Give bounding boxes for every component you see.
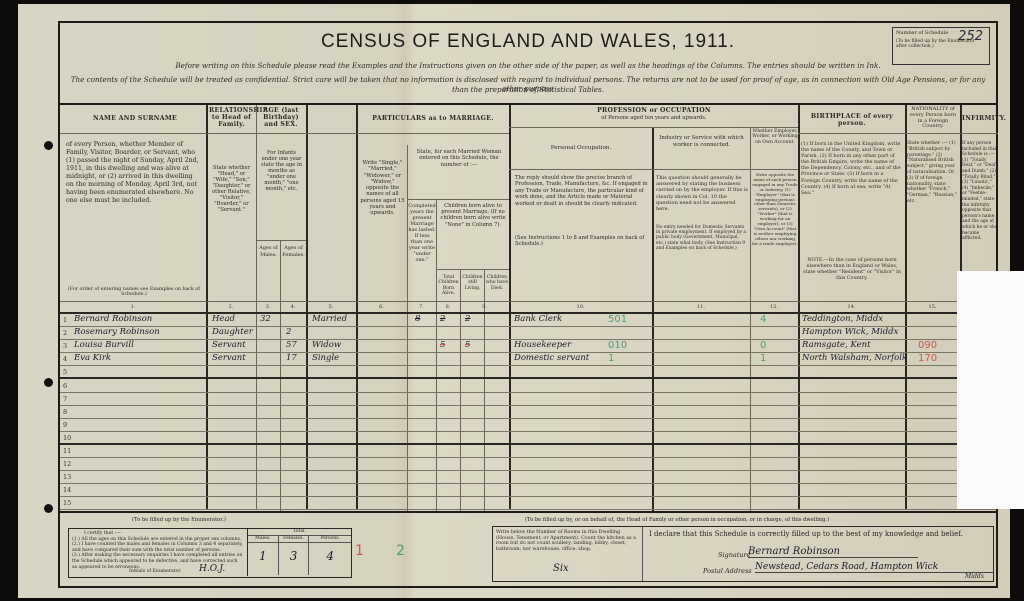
col-number: 7. [407,304,436,310]
cell-employer: 0 [760,340,766,351]
cell-nat-code: 170 [918,353,937,364]
col-header-birthplace: BIRTHPLACE of every person. [800,113,904,127]
col-header-years-married: Completed years the present Marriage has… [408,203,436,263]
col-desc-age: For Infants under one year state the age… [259,150,304,192]
row-number: 1 [63,316,67,324]
total-persons: Persons.4 [309,536,351,575]
postal-address: Newstead, Cedars Road, Hampton Wick [755,562,993,573]
col-desc-relationship: State whether "Head," or "Wife," "Son," … [209,165,254,213]
cell-occ-code: 501 [608,314,627,325]
col-header-marriage: PARTICULARS as to MARRIAGE. [358,115,508,122]
col-number: 1. [60,304,206,310]
table-row: 15 [60,497,996,510]
cell-occ-code: 010 [608,340,627,351]
cell-birthplace: North Walsham, Norfolk [802,353,907,363]
col-header-industry: Industry or Service with which worker is… [654,135,749,149]
col-subheader-occupation: of Persons aged ten years and upwards. [511,115,797,122]
enumerator-heading: (To be filled up by the Enumerator.) [132,517,226,523]
instruction-line: Before writing on this Schedule please r… [60,61,996,70]
cell-name: Louisa Burvill [74,340,134,350]
row-number: 2 [63,329,67,337]
schedule-number-box: Number of Schedule (To be filled up by t… [892,27,990,65]
col-header-still-living: Children still Living. [461,275,484,291]
col-desc-married-woman: State, for each Married Woman entered on… [410,149,508,168]
col-note-personal-occupation: (See Instructions 1 to 8 and Examples on… [515,235,649,247]
col-number: 10. [509,304,652,310]
col-header-age-females: Ages of Females. [281,245,306,259]
col-note-name: (For order of entering names see Example… [66,287,202,297]
col-number: 3. [256,304,280,310]
cell-name: Rosemary Robinson [74,327,160,337]
table-row: 8 [60,406,996,419]
col-desc-industry: This question should generally be answer… [656,175,748,212]
table-row: 3Louisa BurvillServant57Widow55Housekeep… [60,340,996,353]
cell-age-f: 57 [286,340,297,350]
cell-born-alive: 5 [440,340,445,350]
postal-address-line2: Middx [965,573,984,580]
cell-condition: Married [312,314,347,324]
cell-living: 2 [465,314,470,324]
table-row: 11 [60,445,996,458]
col-desc-condition: Write "Single," "Married," "Widower," or… [359,160,406,217]
row-number: 14 [63,486,71,494]
table-row: 10 [60,432,996,445]
col-header-occupation: PROFESSION or OCCUPATION [511,107,797,114]
col-desc-name: of every Person, whether Member of Famil… [66,141,202,205]
col-header-infirmity: INFIRMITY. [962,115,998,123]
cell-occupation: Housekeeper [514,340,571,350]
table-row: 12 [60,458,996,471]
col-header-died: Children who have Died. [485,275,509,291]
table-row: 4Eva KirkServant17SingleDomestic servant… [60,353,996,366]
initials-label: Initials of Enumerator [129,569,181,575]
col-header-total-born: Total Children Born Alive. [437,275,460,297]
row-number: 12 [63,460,71,468]
cell-occupation: Bank Clerk [514,314,562,324]
col-note-birthplace: NOTE.—In the case of persons born elsewh… [801,257,903,281]
punch-hole [44,141,53,150]
col-header-age: AGE (last Birthday) and SEX. [258,107,304,128]
col-number: 9. [460,304,509,310]
col-desc-infirmity: If any person included in this Schedule … [962,141,998,242]
page-title: CENSUS OF ENGLAND AND WALES, 1911. [60,31,996,53]
cell-occ-code: 1 [608,353,614,364]
col-desc-birthplace: (1) If born in the United Kingdom, write… [801,141,903,196]
row-number: 4 [63,355,67,363]
col-number: 14. [798,304,905,310]
col-number: 12. [750,304,798,310]
table-row: 2Rosemary RobinsonDaughter2Hampton Wick,… [60,327,996,340]
address-label: Postal Address [703,567,752,575]
col-number: 11. [652,304,750,310]
col-header-relationship: RELATIONSHIP to Head of Family. [209,107,254,128]
cell-employer: 1 [760,353,766,364]
table-row: 13 [60,471,996,484]
totals-box: Total. Males.1 Females.3 Persons.4 [247,529,351,576]
row-number: 8 [63,408,67,416]
col-note-industry: No entry needed for Domestic Servants in… [656,225,748,251]
row-number: 3 [63,342,67,350]
table-row: 6 [60,380,996,393]
cell-name: Bernard Robinson [74,314,152,324]
col-number: 15. [905,304,960,310]
confidential-line-2: than the preparation of Statistical Tabl… [60,85,996,94]
declaration: I declare that this Schedule is correctl… [649,530,963,538]
signature: Bernard Robinson [748,546,918,558]
schedule-frame: CENSUS OF ENGLAND AND WALES, 1911. Befor… [58,21,998,588]
enumerator-box: I certify that :— (1.) All the ages on t… [68,528,352,578]
schedule-number: 252 [958,29,983,44]
cell-age-f: 2 [286,327,291,337]
table-row: 14 [60,484,996,497]
col-header-nationality: NATIONALITY of every Person born in a Fo… [907,107,959,130]
row-number: 11 [63,447,71,455]
cell-relationship: Daughter [212,327,253,337]
cell-occupation: Domestic servant [514,353,589,363]
table-row: 7 [60,393,996,406]
cell-age-f: 17 [286,353,297,363]
col-header-personal-occupation: Personal Occupation. [511,145,651,152]
signature-label: Signature [718,551,751,559]
col-header-children: Children born alive to present Marriage.… [438,203,508,228]
rooms-count: Six [553,563,569,574]
punch-hole [44,504,53,513]
cell-condition: Widow [312,340,341,350]
cell-living: 5 [465,340,470,350]
table-row: 1Bernard RobinsonHead32Married822Bank Cl… [60,314,996,327]
cell-relationship: Servant [212,353,246,363]
rooms-box: Write below the Number of Rooms in this … [493,527,643,581]
row-number: 13 [63,473,71,481]
row-number: 9 [63,421,67,429]
cell-nat-code: 090 [918,340,937,351]
enumerator-initials: H.O.J. [199,564,225,574]
red-tally-mark: 1 [355,543,364,559]
row-number: 10 [63,434,71,442]
col-number: 5. [306,304,356,310]
col-desc-employer: Write opposite the name of each person e… [752,173,798,247]
row-number: 15 [63,499,71,507]
total-females: Females.3 [279,536,310,575]
cell-condition: Single [312,353,339,363]
cell-name: Eva Kirk [74,353,111,363]
cell-birthplace: Teddington, Middx [802,314,883,324]
redaction-patch [957,271,1024,509]
cell-relationship: Servant [212,340,246,350]
green-tally-mark: 2 [396,543,405,559]
col-number: 2. [206,304,256,310]
table-row: 9 [60,419,996,432]
punch-hole [44,378,53,387]
row-number: 5 [63,368,67,376]
total-males: Males.1 [248,536,279,575]
cell-employer: 4 [760,314,766,325]
householder-heading: (To be filled up by, or on behalf of, th… [525,517,829,523]
table-row: 5 [60,366,996,379]
col-header-name: NAME AND SURNAME [70,115,200,122]
cell-relationship: Head [212,314,235,324]
cell-birthplace: Hampton Wick, Middx [802,327,898,337]
col-number: 8. [436,304,460,310]
total-label: Total. [248,529,351,536]
cell-age-m: 32 [260,314,271,324]
col-header-age-males: Ages of Males. [257,245,280,259]
census-schedule-page: CENSUS OF ENGLAND AND WALES, 1911. Befor… [18,4,1010,598]
rooms-label: Write below the Number of Rooms in this … [493,527,642,555]
cell-years-married: 8 [415,314,420,324]
col-number: 4. [280,304,306,310]
row-number: 7 [63,395,67,403]
row-number: 6 [63,382,67,390]
householder-box: Write below the Number of Rooms in this … [492,526,994,582]
col-desc-nationality: State whether :— (1) "British subject by… [907,141,959,205]
household-table: NAME AND SURNAME of every Person, whethe… [60,103,996,509]
cell-birthplace: Ramsgate, Kent [802,340,871,350]
col-header-employer: Whether Employer, Worker, or Working on … [752,129,798,145]
col-number: 6. [356,304,407,310]
col-desc-personal-occupation: The reply should show the precise branch… [515,175,649,207]
cell-born-alive: 2 [440,314,445,324]
footer-section: (To be filled up by the Enumerator.) I c… [60,511,996,588]
